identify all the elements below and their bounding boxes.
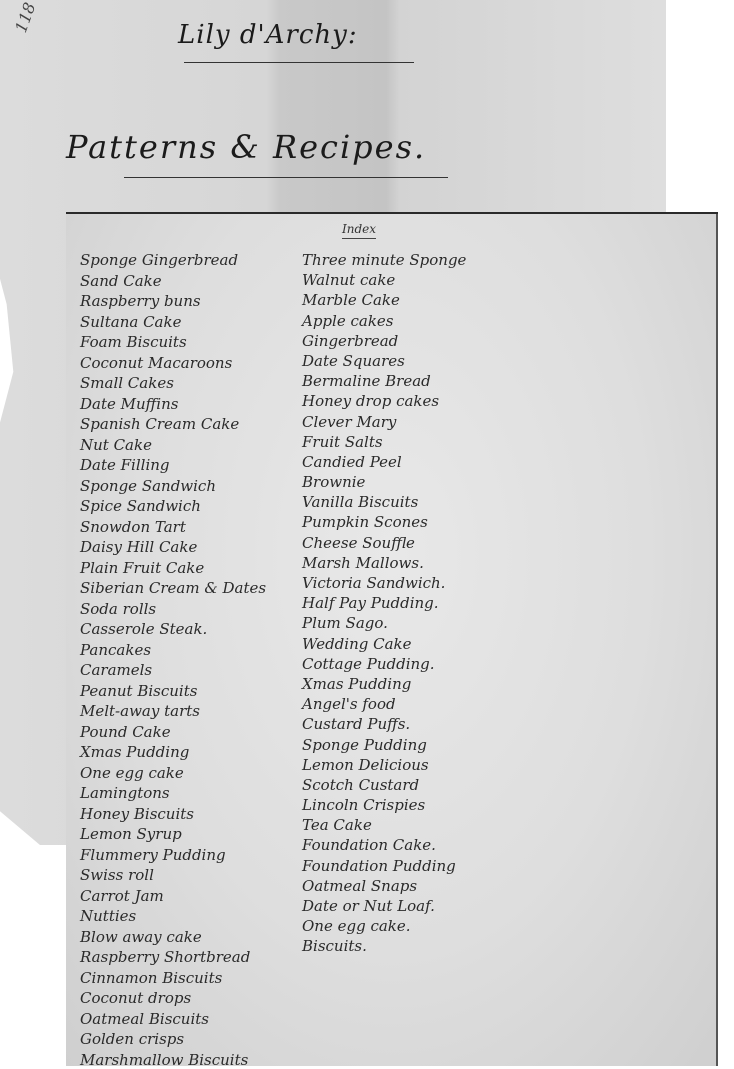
recipe-entry: Brownie <box>302 472 466 492</box>
recipe-entry: Golden crisps <box>80 1029 266 1050</box>
recipe-entry: Scotch Custard <box>302 775 466 795</box>
recipe-entry: Spanish Cream Cake <box>80 414 266 435</box>
recipe-entry: Sponge Pudding <box>302 735 466 755</box>
recipe-entry: Clever Mary <box>302 412 466 432</box>
recipe-entry: Peanut Biscuits <box>80 681 266 702</box>
recipe-entry: Angel's food <box>302 694 466 714</box>
index-page: Index Sponge GingerbreadSand CakeRaspber… <box>66 212 718 1066</box>
recipe-entry: Lemon Delicious <box>302 755 466 775</box>
recipe-entry: Flummery Pudding <box>80 845 266 866</box>
recipe-entry: Apple cakes <box>302 311 466 331</box>
recipe-entry: Pancakes <box>80 640 266 661</box>
recipe-entry: Oatmeal Snaps <box>302 876 466 896</box>
corner-mark: 118 <box>11 0 39 35</box>
recipe-entry: Walnut cake <box>302 270 466 290</box>
recipe-entry: Lamingtons <box>80 783 266 804</box>
cover-title: Lily d'Archy: <box>178 20 358 50</box>
title-underline <box>184 62 414 63</box>
recipe-entry: Spice Sandwich <box>80 496 266 517</box>
recipe-entry: Cottage Pudding. <box>302 654 466 674</box>
recipe-entry: Gingerbread <box>302 331 466 351</box>
recipe-entry: Plum Sago. <box>302 613 466 633</box>
recipe-entry: Lincoln Crispies <box>302 795 466 815</box>
recipe-entry: Daisy Hill Cake <box>80 537 266 558</box>
recipe-entry: Three minute Sponge <box>302 250 466 270</box>
recipe-entry: Honey Biscuits <box>80 804 266 825</box>
recipe-entry: Foundation Pudding <box>302 856 466 876</box>
recipe-entry: Raspberry Shortbread <box>80 947 266 968</box>
recipe-entry: Half Pay Pudding. <box>302 593 466 613</box>
subtitle-underline <box>124 177 448 178</box>
recipe-entry: Blow away cake <box>80 927 266 948</box>
recipe-entry: Pumpkin Scones <box>302 512 466 532</box>
recipe-entry: Melt-away tarts <box>80 701 266 722</box>
index-left-column: Sponge GingerbreadSand CakeRaspberry bun… <box>80 250 266 1069</box>
recipe-entry: Coconut drops <box>80 988 266 1009</box>
recipe-entry: Small Cakes <box>80 373 266 394</box>
recipe-entry: Cheese Souffle <box>302 533 466 553</box>
recipe-entry: One egg cake <box>80 763 266 784</box>
recipe-entry: Lemon Syrup <box>80 824 266 845</box>
recipe-entry: Date Squares <box>302 351 466 371</box>
recipe-entry: Biscuits. <box>302 936 466 956</box>
recipe-entry: Date or Nut Loaf. <box>302 896 466 916</box>
recipe-entry: Fruit Salts <box>302 432 466 452</box>
recipe-entry: Marsh Mallows. <box>302 553 466 573</box>
index-heading: Index <box>342 222 376 239</box>
recipe-entry: Sponge Gingerbread <box>80 250 266 271</box>
recipe-entry: Victoria Sandwich. <box>302 573 466 593</box>
recipe-entry: Sponge Sandwich <box>80 476 266 497</box>
recipe-entry: Carrot Jam <box>80 886 266 907</box>
recipe-entry: Nutties <box>80 906 266 927</box>
recipe-entry: Sultana Cake <box>80 312 266 333</box>
recipe-entry: Cinnamon Biscuits <box>80 968 266 989</box>
recipe-entry: Marble Cake <box>302 290 466 310</box>
recipe-entry: Date Filling <box>80 455 266 476</box>
recipe-entry: Plain Fruit Cake <box>80 558 266 579</box>
recipe-entry: Xmas Pudding <box>80 742 266 763</box>
recipe-entry: Wedding Cake <box>302 634 466 654</box>
recipe-entry: Sand Cake <box>80 271 266 292</box>
recipe-entry: Coconut Macaroons <box>80 353 266 374</box>
recipe-entry: Foundation Cake. <box>302 835 466 855</box>
recipe-entry: Bermaline Bread <box>302 371 466 391</box>
recipe-entry: Nut Cake <box>80 435 266 456</box>
recipe-entry: One egg cake. <box>302 916 466 936</box>
recipe-entry: Date Muffins <box>80 394 266 415</box>
recipe-entry: Vanilla Biscuits <box>302 492 466 512</box>
recipe-entry: Marshmallow Biscuits <box>80 1050 266 1069</box>
recipe-entry: Xmas Pudding <box>302 674 466 694</box>
recipe-entry: Caramels <box>80 660 266 681</box>
recipe-entry: Oatmeal Biscuits <box>80 1009 266 1030</box>
recipe-entry: Custard Puffs. <box>302 714 466 734</box>
cover-subtitle: Patterns & Recipes. <box>66 128 426 166</box>
recipe-entry: Casserole Steak. <box>80 619 266 640</box>
recipe-entry: Honey drop cakes <box>302 391 466 411</box>
recipe-entry: Swiss roll <box>80 865 266 886</box>
recipe-entry: Tea Cake <box>302 815 466 835</box>
recipe-entry: Foam Biscuits <box>80 332 266 353</box>
recipe-entry: Soda rolls <box>80 599 266 620</box>
recipe-entry: Siberian Cream & Dates <box>80 578 266 599</box>
recipe-entry: Pound Cake <box>80 722 266 743</box>
recipe-entry: Raspberry buns <box>80 291 266 312</box>
recipe-entry: Snowdon Tart <box>80 517 266 538</box>
recipe-entry: Candied Peel <box>302 452 466 472</box>
index-right-column: Three minute SpongeWalnut cakeMarble Cak… <box>302 250 466 957</box>
